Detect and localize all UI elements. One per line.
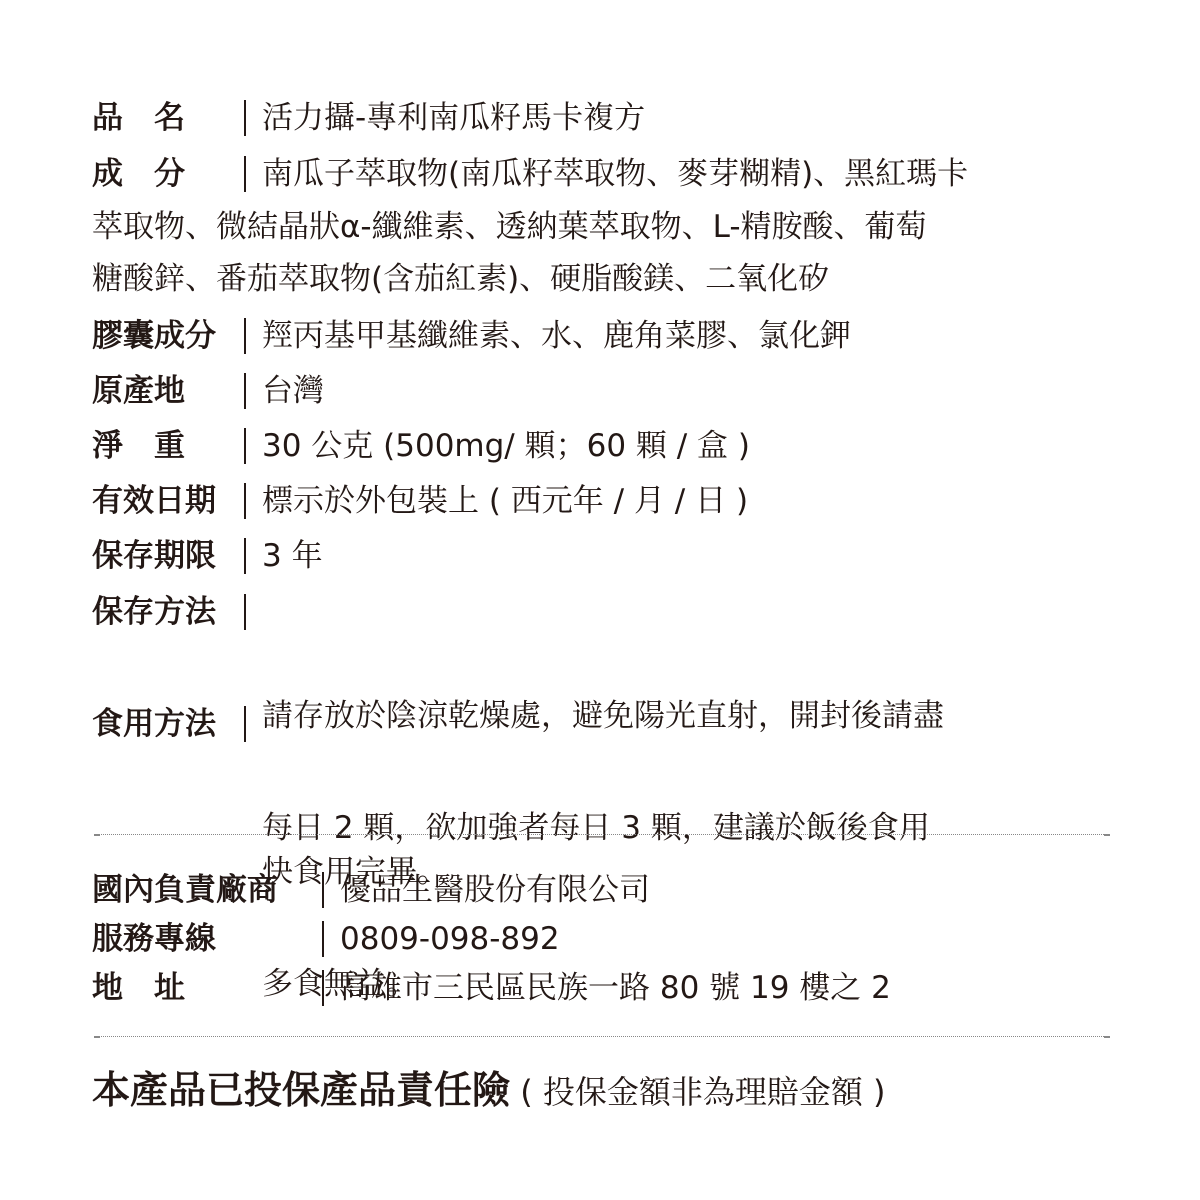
separator — [244, 156, 246, 192]
label: 食用方法 — [92, 698, 232, 750]
label: 原產地 — [92, 365, 232, 417]
row-ingredients: 成 分 南瓜子萃取物(南瓜籽萃取物、麥芽糊精)、黑紅瑪卡 — [92, 148, 968, 200]
value: 優品生醫股份有限公司 — [340, 864, 650, 916]
value: 標示於外包裝上 ( 西元年 / 月 / 日 ) — [262, 475, 748, 527]
value: 羥丙基甲基纖維素、水、鹿角菜膠、氯化鉀 — [262, 310, 851, 362]
divider — [94, 834, 1110, 835]
row-capsule: 膠囊成分 羥丙基甲基纖維素、水、鹿角菜膠、氯化鉀 — [92, 310, 851, 362]
value: 南瓜子萃取物(南瓜籽萃取物、麥芽糊精)、黑紅瑪卡 — [262, 148, 968, 200]
separator — [244, 100, 246, 136]
value: 高雄市三民區民族一路 80 號 19 樓之 2 — [340, 962, 891, 1014]
separator — [244, 538, 246, 574]
value: 30 公克 (500mg/ 顆；60 顆 / 盒 ) — [262, 420, 750, 472]
label: 地 址 — [92, 962, 310, 1014]
row-address: 地 址 高雄市三民區民族一路 80 號 19 樓之 2 — [92, 962, 891, 1014]
row-expiry: 有效日期 標示於外包裝上 ( 西元年 / 月 / 日 ) — [92, 475, 748, 527]
row-distributor: 國內負責廠商 優品生醫股份有限公司 — [92, 864, 650, 916]
label: 國內負責廠商 — [92, 864, 310, 916]
insurance-title: 本產品已投保產品責任險 — [92, 1068, 510, 1112]
row-origin: 原產地 台灣 — [92, 365, 324, 417]
ingredients-continued: 萃取物、微結晶狀α-纖維素、透納葉萃取物、L-精胺酸、葡萄 糖酸鋅、番茄萃取物(… — [92, 201, 1122, 305]
label: 膠囊成分 — [92, 310, 232, 362]
row-net-weight: 淨 重 30 公克 (500mg/ 顆；60 顆 / 盒 ) — [92, 420, 750, 472]
separator — [322, 921, 324, 957]
separator — [322, 970, 324, 1006]
separator — [322, 872, 324, 908]
separator — [244, 373, 246, 409]
value: 台灣 — [262, 365, 324, 417]
value: 活力攝-專利南瓜籽馬卡複方 — [262, 92, 645, 144]
label: 品 名 — [92, 92, 232, 144]
row-hotline: 服務專線 0809-098-892 — [92, 913, 560, 965]
label: 保存方法 — [92, 586, 232, 638]
label: 成 分 — [92, 148, 232, 200]
separator — [244, 483, 246, 519]
row-product-name: 品 名 活力攝-專利南瓜籽馬卡複方 — [92, 92, 645, 144]
row-shelf-life: 保存期限 3 年 — [92, 530, 323, 582]
value-line: 糖酸鋅、番茄萃取物(含茄紅素)、硬脂酸鎂、二氧化矽 — [92, 253, 1122, 305]
label: 服務專線 — [92, 913, 310, 965]
value-line: 每日 2 顆，欲加強者每日 3 顆，建議於飯後食用 — [262, 802, 930, 854]
value: 3 年 — [262, 530, 323, 582]
separator — [244, 594, 246, 630]
insurance-notice: 本產品已投保產品責任險 ( 投保金額非為理賠金額 ) — [92, 1062, 886, 1120]
value-line: 萃取物、微結晶狀α-纖維素、透納葉萃取物、L-精胺酸、葡萄 — [92, 201, 1122, 253]
separator — [244, 318, 246, 354]
value: 0809-098-892 — [340, 913, 560, 965]
label: 有效日期 — [92, 475, 232, 527]
separator — [244, 428, 246, 464]
insurance-note: ( 投保金額非為理賠金額 ) — [510, 1073, 886, 1111]
label: 保存期限 — [92, 530, 232, 582]
divider — [94, 1036, 1110, 1037]
separator — [244, 706, 246, 742]
label: 淨 重 — [92, 420, 232, 472]
